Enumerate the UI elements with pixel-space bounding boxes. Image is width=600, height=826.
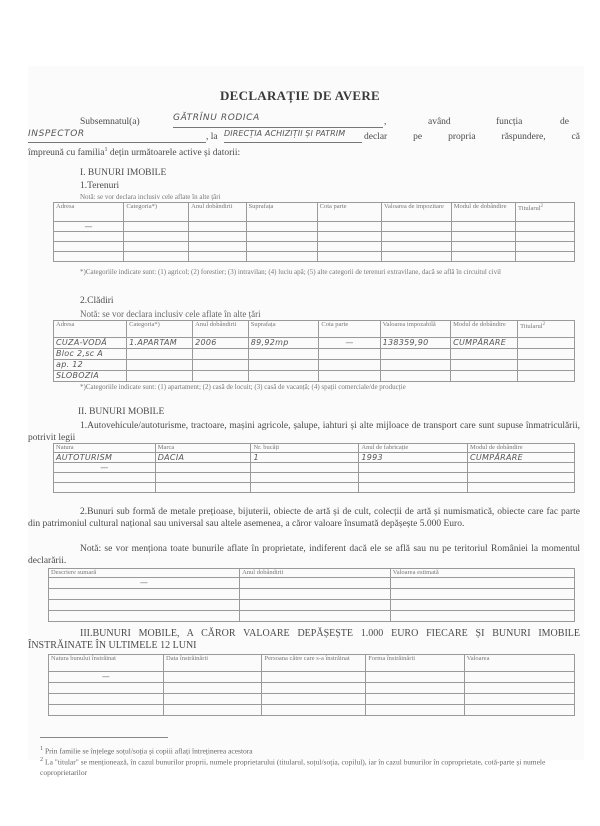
table-cell[interactable] <box>189 232 246 242</box>
table-cell[interactable]: — <box>49 578 240 589</box>
table-cell[interactable] <box>467 483 574 493</box>
table-cell[interactable] <box>193 360 249 371</box>
table-cell[interactable]: SLOBOZIA <box>54 371 127 382</box>
table-cell[interactable] <box>390 600 574 611</box>
document-title: DECLARAȚIE DE AVERE <box>0 88 600 104</box>
table-cell[interactable] <box>49 683 164 694</box>
table-cell[interactable]: 1.APARTAM <box>127 338 193 349</box>
table-header-row: Natura bunului înstrăinatData înstrăinăr… <box>49 655 575 672</box>
table-cell[interactable] <box>380 360 451 371</box>
table-cell[interactable] <box>54 242 124 252</box>
alienated-assets-table: Natura bunului înstrăinatData înstrăinăr… <box>48 654 575 716</box>
table-cell[interactable]: — <box>54 222 124 232</box>
table-row <box>49 705 575 716</box>
la-label: , la <box>206 131 218 143</box>
table-cell[interactable] <box>518 360 575 371</box>
family-line: împreună cu familia1 dețin următoarele a… <box>28 144 240 159</box>
section-2-heading: II. BUNURI MOBILE <box>78 406 164 418</box>
table-cell[interactable] <box>451 371 518 382</box>
table-cell[interactable] <box>189 222 246 232</box>
table-cell[interactable] <box>193 349 249 360</box>
column-header: Data înstrăinării <box>164 655 262 672</box>
table-cell[interactable]: — <box>49 672 164 683</box>
table-cell[interactable] <box>380 349 451 360</box>
cladiri-heading: 2.Clădiri <box>80 295 114 307</box>
position-field[interactable]: INSPECTOR <box>28 129 206 143</box>
table-row <box>49 600 575 611</box>
table-cell[interactable] <box>49 705 164 716</box>
table-cell[interactable]: 138359,90 <box>380 338 451 349</box>
table-cell[interactable]: ap. 12 <box>54 360 127 371</box>
column-header: Marca <box>155 444 251 453</box>
table-cell[interactable] <box>240 600 391 611</box>
table-cell[interactable] <box>516 222 575 232</box>
table-cell[interactable] <box>248 360 319 371</box>
table-cell[interactable] <box>54 473 156 483</box>
table-cell[interactable] <box>155 463 251 473</box>
table-row <box>54 483 575 493</box>
column-header: Valoarea impozabilă <box>380 321 451 338</box>
institution: DIRECȚIA ACHIZIȚII ȘI PATRIM <box>224 129 345 138</box>
table-cell[interactable] <box>518 349 575 360</box>
table-row <box>54 473 575 483</box>
table-cell[interactable] <box>54 232 124 242</box>
table-header-row: AdresaCategoria*)Anul dobândiriiSuprafaț… <box>54 203 575 222</box>
table-cell[interactable] <box>366 672 464 683</box>
table-cell[interactable] <box>54 483 156 493</box>
de-label: de <box>560 116 569 128</box>
declar-text: declar pe propria răspundere, că <box>364 131 580 143</box>
column-header: Natura bunului înstrăinat <box>49 655 164 672</box>
table-header-row: NaturaMarcaNr. bucățiAnul de fabricațieM… <box>54 444 575 453</box>
table-cell[interactable] <box>193 371 249 382</box>
table-cell[interactable] <box>155 483 251 493</box>
functia-label: funcția <box>496 116 522 128</box>
table-cell[interactable] <box>246 222 317 232</box>
table-row: — <box>54 463 575 473</box>
table-cell[interactable] <box>317 222 381 232</box>
column-header: Valoarea estimată <box>390 569 574 578</box>
table-cell[interactable] <box>359 473 468 483</box>
table-cell[interactable] <box>390 611 574 622</box>
table-cell[interactable]: 1 <box>251 453 359 463</box>
table-row <box>49 683 575 694</box>
valuables-text: 2.Bunuri sub formă de metale prețioase, … <box>28 506 580 530</box>
table-cell[interactable] <box>380 371 451 382</box>
table-cell[interactable] <box>382 232 452 242</box>
table-cell[interactable] <box>451 252 515 262</box>
table-cell[interactable] <box>382 252 452 262</box>
table-cell[interactable] <box>451 222 515 232</box>
table-cell[interactable] <box>49 611 240 622</box>
table-cell[interactable] <box>54 252 124 262</box>
table-cell[interactable] <box>246 232 317 242</box>
column-header: Suprafața <box>246 203 317 222</box>
table-cell[interactable] <box>516 242 575 252</box>
table-cell[interactable] <box>518 338 575 349</box>
terenuri-table: AdresaCategoria*)Anul dobândiriiSuprafaț… <box>53 202 575 262</box>
table-row: — <box>54 222 575 232</box>
table-cell[interactable] <box>248 371 319 382</box>
table-cell[interactable] <box>467 473 574 483</box>
table-cell[interactable] <box>382 222 452 232</box>
table-cell[interactable] <box>262 694 366 705</box>
table-cell[interactable]: DACIA <box>155 453 251 463</box>
table-cell[interactable] <box>164 705 262 716</box>
column-header: Cota parte <box>317 203 381 222</box>
table-cell[interactable] <box>251 473 359 483</box>
table-cell[interactable] <box>317 232 381 242</box>
declarant-name: GĂTRÎNU RODICA <box>173 113 260 123</box>
table-cell[interactable] <box>49 694 164 705</box>
table-cell[interactable] <box>390 578 574 589</box>
table-cell[interactable] <box>518 371 575 382</box>
vehicles-text: 1.Autovehicule/autoturisme, tractoare, m… <box>28 420 580 444</box>
table-cell[interactable] <box>382 242 452 252</box>
table-cell[interactable] <box>246 252 317 262</box>
table-row: Bloc 2,sc A <box>54 349 575 360</box>
table-cell[interactable] <box>467 463 574 473</box>
terenuri-heading: 1.Terenuri <box>80 180 119 192</box>
table-cell[interactable] <box>464 672 574 683</box>
table-cell[interactable] <box>516 252 575 262</box>
table-cell[interactable] <box>359 463 468 473</box>
table-cell[interactable] <box>124 222 189 232</box>
table-cell[interactable] <box>124 252 189 262</box>
column-header: Natura <box>54 444 156 453</box>
terenuri-note: Notă: se vor declara inclusiv cele aflat… <box>80 193 221 202</box>
table-cell[interactable] <box>516 232 575 242</box>
column-header: Cota parte <box>319 321 380 338</box>
institution-field[interactable]: DIRECȚIA ACHIZIȚII ȘI PATRIM <box>224 129 362 143</box>
column-header: Forma înstrăinării <box>366 655 464 672</box>
table-cell[interactable] <box>390 589 574 600</box>
column-header: Categoria*) <box>124 203 189 222</box>
cladiri-table: AdresaCategoria*)Anul dobândiriiSuprafaț… <box>53 320 575 382</box>
valuables-note: Notă: se vor menționa toate bunurile afl… <box>28 543 580 567</box>
subsemnatul-label: Subsemnatul(a) <box>80 116 140 128</box>
column-header: Modul de dobândire <box>467 444 574 453</box>
column-header: Anul dobândirii <box>189 203 246 222</box>
declarant-name-field[interactable]: GĂTRÎNU RODICA <box>173 113 383 128</box>
table-cell[interactable] <box>464 683 574 694</box>
table-row <box>49 611 575 622</box>
table-cell[interactable] <box>451 242 515 252</box>
table-cell[interactable] <box>251 463 359 473</box>
table-cell[interactable] <box>240 589 391 600</box>
column-header: Anul dobândirii <box>240 569 391 578</box>
table-cell[interactable]: CUMPĂRARE <box>467 453 574 463</box>
footnote-1: 1 Prin familie se înțelege soțul/soția ș… <box>40 744 580 756</box>
table-cell[interactable]: CUZA-VODĂ <box>54 338 127 349</box>
table-cell[interactable] <box>251 483 359 493</box>
table-cell[interactable] <box>164 672 262 683</box>
column-header: Modul de dobândire <box>451 321 518 338</box>
table-cell[interactable]: 1993 <box>359 453 468 463</box>
table-cell[interactable] <box>359 483 468 493</box>
table-row: — <box>49 578 575 589</box>
column-header: Adresa <box>54 321 127 338</box>
table-cell[interactable] <box>262 705 366 716</box>
column-header: Valoarea de impozitare <box>382 203 452 222</box>
table-row: ap. 12 <box>54 360 575 371</box>
table-cell[interactable] <box>49 589 240 600</box>
column-header: Descriere sumară <box>49 569 240 578</box>
table-cell[interactable] <box>319 371 380 382</box>
table-cell[interactable] <box>262 683 366 694</box>
declarant-position: INSPECTOR <box>28 129 85 139</box>
table-cell[interactable]: — <box>54 463 156 473</box>
table-cell[interactable]: AUTOTURISM <box>54 453 156 463</box>
table-cell[interactable] <box>317 252 381 262</box>
cladiri-note: Notă: se vor declara inclusiv cele aflat… <box>80 308 261 320</box>
column-header: Suprafața <box>248 321 319 338</box>
terenuri-footnote: *)Categoriile indicate sunt: (1) agricol… <box>28 268 580 277</box>
column-header: Adresa <box>54 203 124 222</box>
table-cell[interactable] <box>164 694 262 705</box>
table-cell[interactable] <box>464 694 574 705</box>
column-header: Titularul2 <box>516 203 575 222</box>
column-header: Categoria*) <box>127 321 193 338</box>
table-cell[interactable] <box>262 672 366 683</box>
table-header-row: Descriere sumarăAnul dobândiriiValoarea … <box>49 569 575 578</box>
cladiri-footnote: *)Categoriile indicate sunt: (1) apartam… <box>80 383 406 392</box>
table-cell[interactable] <box>317 242 381 252</box>
table-cell[interactable] <box>366 683 464 694</box>
column-header: Titularul2 <box>518 321 575 338</box>
table-cell[interactable] <box>189 252 246 262</box>
table-row: SLOBOZIA <box>54 371 575 382</box>
table-cell[interactable] <box>124 232 189 242</box>
table-cell[interactable] <box>164 683 262 694</box>
table-row <box>49 694 575 705</box>
table-cell[interactable] <box>49 600 240 611</box>
table-cell[interactable] <box>319 360 380 371</box>
table-row <box>54 232 575 242</box>
table-cell[interactable] <box>464 705 574 716</box>
table-cell[interactable]: Bloc 2,sc A <box>54 349 127 360</box>
footnote-divider <box>40 737 168 738</box>
table-cell[interactable] <box>319 349 380 360</box>
table-cell[interactable] <box>366 705 464 716</box>
table-cell[interactable] <box>451 360 518 371</box>
footnote-2: 2 La "titular" se menționează, în cazul … <box>40 755 580 778</box>
table-row: AUTOTURISMDACIA11993CUMPĂRARE <box>54 453 575 463</box>
column-header: Valoarea <box>464 655 574 672</box>
table-cell[interactable] <box>127 349 193 360</box>
table-cell[interactable] <box>155 473 251 483</box>
vehicles-table: NaturaMarcaNr. bucățiAnul de fabricațieM… <box>53 443 575 493</box>
table-row: — <box>49 672 575 683</box>
table-cell[interactable]: CUMPĂRARE <box>451 338 518 349</box>
table-cell[interactable]: 2006 <box>193 338 249 349</box>
table-row <box>54 242 575 252</box>
table-cell[interactable] <box>124 242 189 252</box>
table-cell[interactable]: 89,92mp <box>248 338 319 349</box>
column-header: Nr. bucăți <box>251 444 359 453</box>
table-cell[interactable]: — <box>319 338 380 349</box>
table-row <box>54 252 575 262</box>
section-3-heading: III.BUNURI MOBILE, A CĂROR VALOARE DEPĂȘ… <box>28 628 580 652</box>
table-cell[interactable] <box>366 694 464 705</box>
table-row: CUZA-VODĂ1.APARTAM200689,92mp—138359,90C… <box>54 338 575 349</box>
section-1-heading: I. BUNURI IMOBILE <box>80 167 166 179</box>
column-header: Modul de dobândire <box>451 203 515 222</box>
table-cell[interactable] <box>248 349 319 360</box>
valuables-table: Descriere sumarăAnul dobândiriiValoarea … <box>48 568 575 622</box>
column-header: Anul de fabricație <box>359 444 468 453</box>
table-cell[interactable] <box>451 232 515 242</box>
table-cell[interactable] <box>240 611 391 622</box>
table-cell[interactable] <box>127 360 193 371</box>
table-header-row: AdresaCategoria*)Anul dobândiriiSuprafaț… <box>54 321 575 338</box>
column-header: Persoana către care s-a înstrăinat <box>262 655 366 672</box>
table-cell[interactable] <box>246 242 317 252</box>
table-cell[interactable] <box>451 349 518 360</box>
avand-label: având <box>428 116 451 128</box>
table-cell[interactable] <box>127 371 193 382</box>
table-cell[interactable] <box>189 242 246 252</box>
table-cell[interactable] <box>240 578 391 589</box>
table-row <box>49 589 575 600</box>
column-header: Anul dobândirii <box>193 321 249 338</box>
